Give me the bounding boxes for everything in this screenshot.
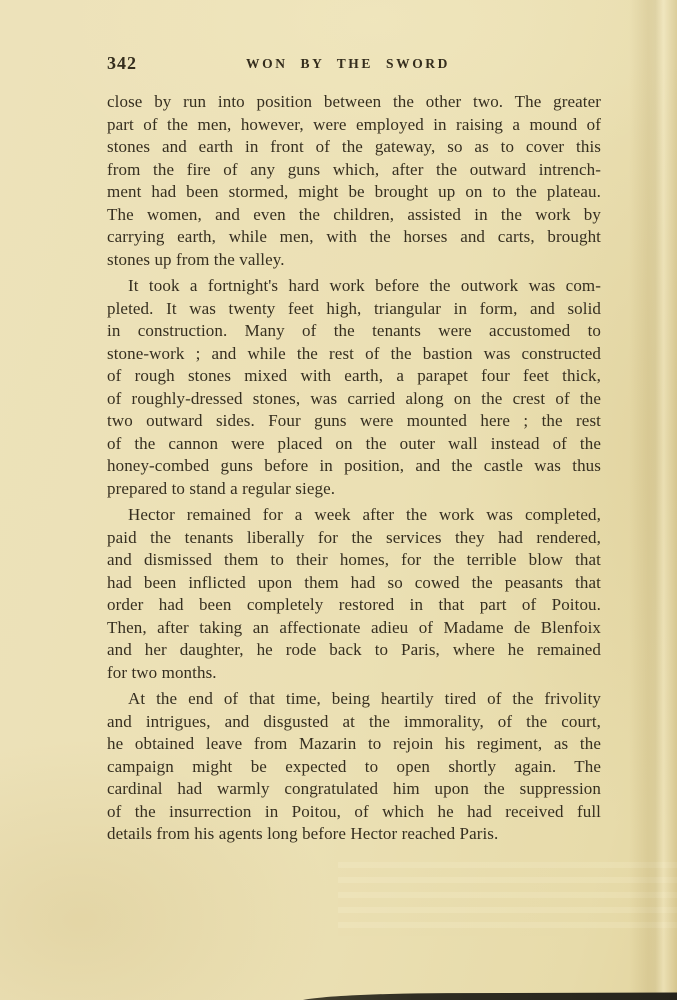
- text-line: prepared to stand a regular siege.: [107, 478, 601, 501]
- scan-streaks: [338, 862, 677, 936]
- text-line: honey-combed guns before in position, an…: [107, 455, 601, 478]
- text-line: cardinal had warmly congratulated him up…: [107, 778, 601, 801]
- text-line: campaign might be expected to open short…: [107, 756, 601, 779]
- text-line: he obtained leave from Mazarin to rejoin…: [107, 733, 601, 756]
- text-line: paid the tenants liberally for the servi…: [107, 527, 601, 550]
- text-line: of the insurrection in Poitou, of which …: [107, 801, 601, 824]
- text-line: stone-work ; and while the rest of the b…: [107, 343, 601, 366]
- text-line: of the cannon were placed on the outer w…: [107, 433, 601, 456]
- text-line: It took a fortnight's hard work before t…: [107, 275, 601, 298]
- text-line: in construction. Many of the tenants wer…: [107, 320, 601, 343]
- text-line: At the end of that time, being heartily …: [107, 688, 601, 711]
- page-text: close by run into position between the o…: [107, 91, 601, 846]
- text-line: pleted. It was twenty feet high, triangu…: [107, 298, 601, 321]
- text-line: The women, and even the children, assist…: [107, 204, 601, 227]
- book-page: 342 WON BY THE SWORD close by run into p…: [0, 0, 677, 1000]
- text-line: Hector remained for a week after the wor…: [107, 504, 601, 527]
- text-line: stones up from the valley.: [107, 249, 601, 272]
- text-line: close by run into position between the o…: [107, 91, 601, 114]
- text-line: for two months.: [107, 662, 601, 685]
- paragraph: Hector remained for a week after the wor…: [107, 504, 601, 684]
- paragraph: close by run into position between the o…: [107, 91, 601, 271]
- text-line: carrying earth, while men, with the hors…: [107, 226, 601, 249]
- text-line: stones and earth in front of the gateway…: [107, 136, 601, 159]
- text-line: details from his agents long before Hect…: [107, 823, 601, 846]
- text-line: of rough stones mixed with earth, a para…: [107, 365, 601, 388]
- scan-edge-shadow: [297, 992, 677, 1000]
- running-title: WON BY THE SWORD: [246, 56, 450, 72]
- page-edge-shading: [629, 0, 677, 1000]
- text-line: Then, after taking an affectionate adieu…: [107, 617, 601, 640]
- text-line: from the fire of any guns which, after t…: [107, 159, 601, 182]
- running-head: 342 WON BY THE SWORD: [107, 53, 601, 75]
- text-line: part of the men, however, were employed …: [107, 114, 601, 137]
- text-line: of roughly-dressed stones, was carried a…: [107, 388, 601, 411]
- text-line: and her daughter, he rode back to Paris,…: [107, 639, 601, 662]
- text-line: two outward sides. Four guns were mounte…: [107, 410, 601, 433]
- paragraph: It took a fortnight's hard work before t…: [107, 275, 601, 500]
- text-line: order had been completely restored in th…: [107, 594, 601, 617]
- text-line: ment had been stormed, might be brought …: [107, 181, 601, 204]
- paragraph: At the end of that time, being heartily …: [107, 688, 601, 846]
- page-number: 342: [107, 53, 137, 74]
- text-line: and dismissed them to their homes, for t…: [107, 549, 601, 572]
- text-line: had been inflicted upon them had so cowe…: [107, 572, 601, 595]
- text-line: and intrigues, and disgusted at the immo…: [107, 711, 601, 734]
